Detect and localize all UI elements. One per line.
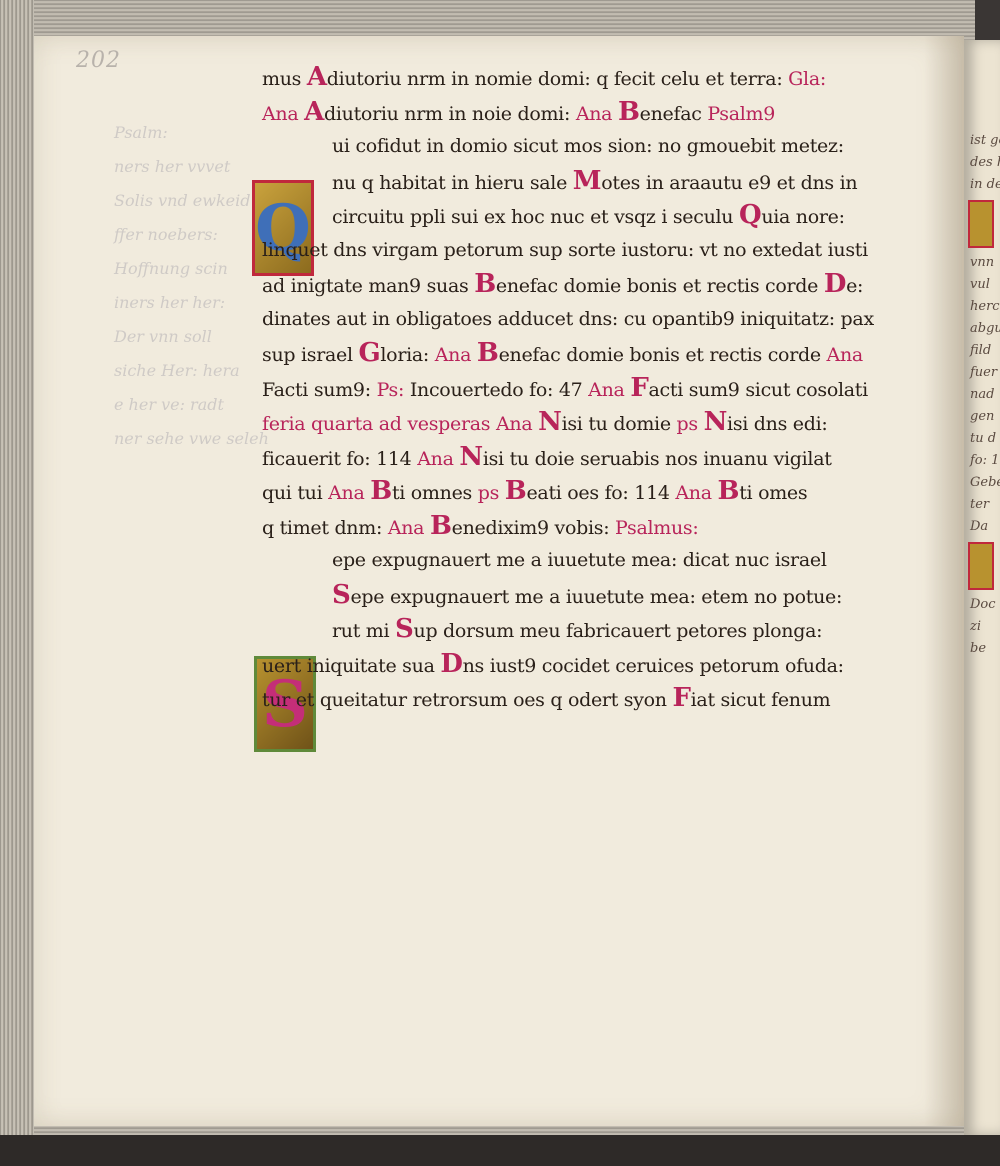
rubric-text: F [672, 683, 690, 713]
rubric-text: Gla: [788, 68, 826, 90]
rubric-text: F [630, 373, 648, 403]
manuscript-line: epe expugnauert me a iuuetute mea: dicat… [262, 543, 902, 578]
rubric-text: feria quarta ad vesperas Ana [262, 413, 538, 435]
body-text: qui tui [262, 482, 328, 504]
body-text: diutoriu nrm in nomie domi: q fecit celu… [327, 68, 788, 90]
rubric-text: Ana [262, 103, 304, 125]
body-text: uert iniquitate sua [262, 655, 440, 677]
manuscript-line: rut mi Sup dorsum meu fabricauert petore… [262, 612, 902, 647]
facing-page-line: Da [964, 516, 1000, 538]
rubric-text: Ana [588, 379, 630, 401]
body-text: ti omnes [392, 482, 478, 504]
body-text: linquet dns virgam petorum sup sorte ius… [262, 239, 868, 261]
body-text: up dorsum meu fabricauert petores plonga… [414, 620, 823, 642]
rubric-text: B [718, 476, 740, 506]
facing-page-line: ist ge [964, 130, 1000, 152]
manuscript-line: mus Adiutoriu nrm in nomie domi: q fecit… [262, 60, 902, 95]
rubric-text: S [395, 614, 413, 644]
facing-page-line: fo: 1 [964, 450, 1000, 472]
rubric-text: Psalm9 [707, 103, 775, 125]
rubric-text: Psalmus: [615, 517, 698, 539]
facing-page-line: Doc [964, 594, 1000, 616]
body-text: circuitu ppli sui ex hoc nuc et vsqz i s… [332, 206, 739, 228]
body-text: eati oes fo: 114 [526, 482, 675, 504]
facing-page-line: zi [964, 616, 1000, 638]
body-text: rut mi [332, 620, 395, 642]
body-text: isi tu domie [562, 413, 677, 435]
facing-page-line: abgu [964, 318, 1000, 340]
facing-page-line: in de [964, 174, 1000, 196]
rubric-text: Ana [328, 482, 370, 504]
body-text: enedixim9 vobis: [452, 517, 615, 539]
manuscript-line: nu q habitat in hieru sale Motes in araa… [262, 164, 902, 199]
rubric-text: A [304, 97, 324, 127]
body-text: ui cofidut in domio sicut mos sion: no g… [332, 135, 844, 157]
rubric-text: Ana [827, 344, 863, 366]
manuscript-line: sup israel Gloria: Ana Benefac domie bon… [262, 336, 902, 371]
body-text: q timet dnm: [262, 517, 388, 539]
rubric-text: M [573, 166, 601, 196]
body-text: dinates aut in obligatoes adducet dns: c… [262, 308, 874, 330]
body-text: isi tu doie seruabis nos inuanu vigilat [483, 448, 832, 470]
body-text: ficauerit fo: 114 [262, 448, 417, 470]
facing-page-line: fuer [964, 362, 1000, 384]
manuscript-text-block: mus Adiutoriu nrm in nomie domi: q fecit… [262, 60, 902, 716]
manuscript-line: Facti sum9: Ps: Incouertedo fo: 47 Ana F… [262, 371, 902, 406]
manuscript-line: Ana Adiutoriu nrm in noie domi: Ana Bene… [262, 95, 902, 130]
background-surface [0, 1135, 1000, 1166]
body-text: Incouertedo fo: 47 [410, 379, 588, 401]
body-text: enefac domie bonis et rectis corde [496, 275, 824, 297]
body-text: enefac [640, 103, 708, 125]
gutter-shadow [924, 36, 964, 1126]
body-text: diutoriu nrm in noie domi: [324, 103, 576, 125]
manuscript-line: ui cofidut in domio sicut mos sion: no g… [262, 129, 902, 164]
rubric-text: B [370, 476, 392, 506]
page-stack-left-edges [0, 0, 34, 1135]
body-text: ti omes [739, 482, 807, 504]
rubric-text: Ana [675, 482, 717, 504]
rubric-text: ps [478, 482, 505, 504]
rubric-text: B [618, 97, 640, 127]
rubric-text: Q [739, 200, 761, 230]
body-text: iat sicut fenum [691, 689, 831, 711]
rubric-text: Ana [388, 517, 430, 539]
manuscript-line: ficauerit fo: 114 Ana Nisi tu doie serua… [262, 440, 902, 475]
manuscript-line: tur et queitatur retrorsum oes q odert s… [262, 681, 902, 716]
rubric-text: D [824, 269, 846, 299]
body-text: Facti sum9: [262, 379, 377, 401]
rubric-text: S [332, 580, 350, 610]
body-text: isi dns edi: [727, 413, 827, 435]
facing-page-line: tu d [964, 428, 1000, 450]
rubric-text: N [459, 442, 482, 472]
facing-page-initial [968, 542, 994, 590]
manuscript-line: feria quarta ad vesperas Ana Nisi tu dom… [262, 405, 902, 440]
body-text: mus [262, 68, 307, 90]
rubric-text: Ana [417, 448, 459, 470]
facing-page-edge: ist gedes hin devnnvulhercabgufildfuerna… [964, 40, 1000, 1135]
body-text: epe expugnauert me a iuuetute mea: dicat… [332, 549, 827, 571]
facing-page-line: Gebe [964, 472, 1000, 494]
body-text: enefac domie bonis et rectis corde [499, 344, 827, 366]
manuscript-line: linquet dns virgam petorum sup sorte ius… [262, 233, 902, 268]
manuscript-line: ad inigtate man9 suas Benefac domie boni… [262, 267, 902, 302]
facing-page-initial [968, 200, 994, 248]
body-text: nu q habitat in hieru sale [332, 172, 573, 194]
rubric-text: Ps: [377, 379, 410, 401]
body-text: sup israel [262, 344, 359, 366]
body-text: epe expugnauert me a iuuetute mea: etem … [350, 586, 842, 608]
facing-page-line: vnn [964, 252, 1000, 274]
rubric-text: G [359, 338, 381, 368]
rubric-text: D [440, 649, 462, 679]
rubric-text: Ana [435, 344, 477, 366]
manuscript-line: circuitu ppli sui ex hoc nuc et vsqz i s… [262, 198, 902, 233]
manuscript-line: dinates aut in obligatoes adducet dns: c… [262, 302, 902, 337]
body-text: loria: [380, 344, 434, 366]
facing-page-line: be [964, 638, 1000, 660]
manuscript-line: uert iniquitate sua Dns iust9 cocidet ce… [262, 647, 902, 682]
facing-page-line: ter [964, 494, 1000, 516]
rubric-text: A [307, 62, 327, 92]
rubric-text: B [505, 476, 527, 506]
facing-page-line: nad [964, 384, 1000, 406]
facing-page-line: fild [964, 340, 1000, 362]
body-text: uia nore: [761, 206, 844, 228]
facing-page-line: des h [964, 152, 1000, 174]
rubric-text: N [538, 407, 561, 437]
body-text: ad inigtate man9 suas [262, 275, 474, 297]
body-text: tur et queitatur retrorsum oes q odert s… [262, 689, 672, 711]
folio-number: 202 [76, 48, 121, 73]
facing-page-line: herc [964, 296, 1000, 318]
rubric-text: B [474, 269, 496, 299]
body-text: acti sum9 sicut cosolati [648, 379, 867, 401]
body-text: otes in araautu e9 et dns in [601, 172, 857, 194]
manuscript-line: qui tui Ana Bti omnes ps Beati oes fo: 1… [262, 474, 902, 509]
manuscript-line: q timet dnm: Ana Benedixim9 vobis: Psalm… [262, 509, 902, 544]
facing-page-line: vul [964, 274, 1000, 296]
rubric-text: Ana [576, 103, 618, 125]
body-text: ns iust9 cocidet ceruices petorum ofuda: [463, 655, 844, 677]
book-photograph: 202 Psalm:ners her vvvetSolis vnd ewkeid… [0, 0, 1000, 1166]
rubric-text: B [430, 511, 452, 541]
facing-page-line: gen [964, 406, 1000, 428]
rubric-text: B [477, 338, 499, 368]
rubric-text: ps [677, 413, 704, 435]
rubric-text: N [704, 407, 727, 437]
manuscript-line: Sepe expugnauert me a iuuetute mea: etem… [262, 578, 902, 613]
body-text: e: [846, 275, 863, 297]
